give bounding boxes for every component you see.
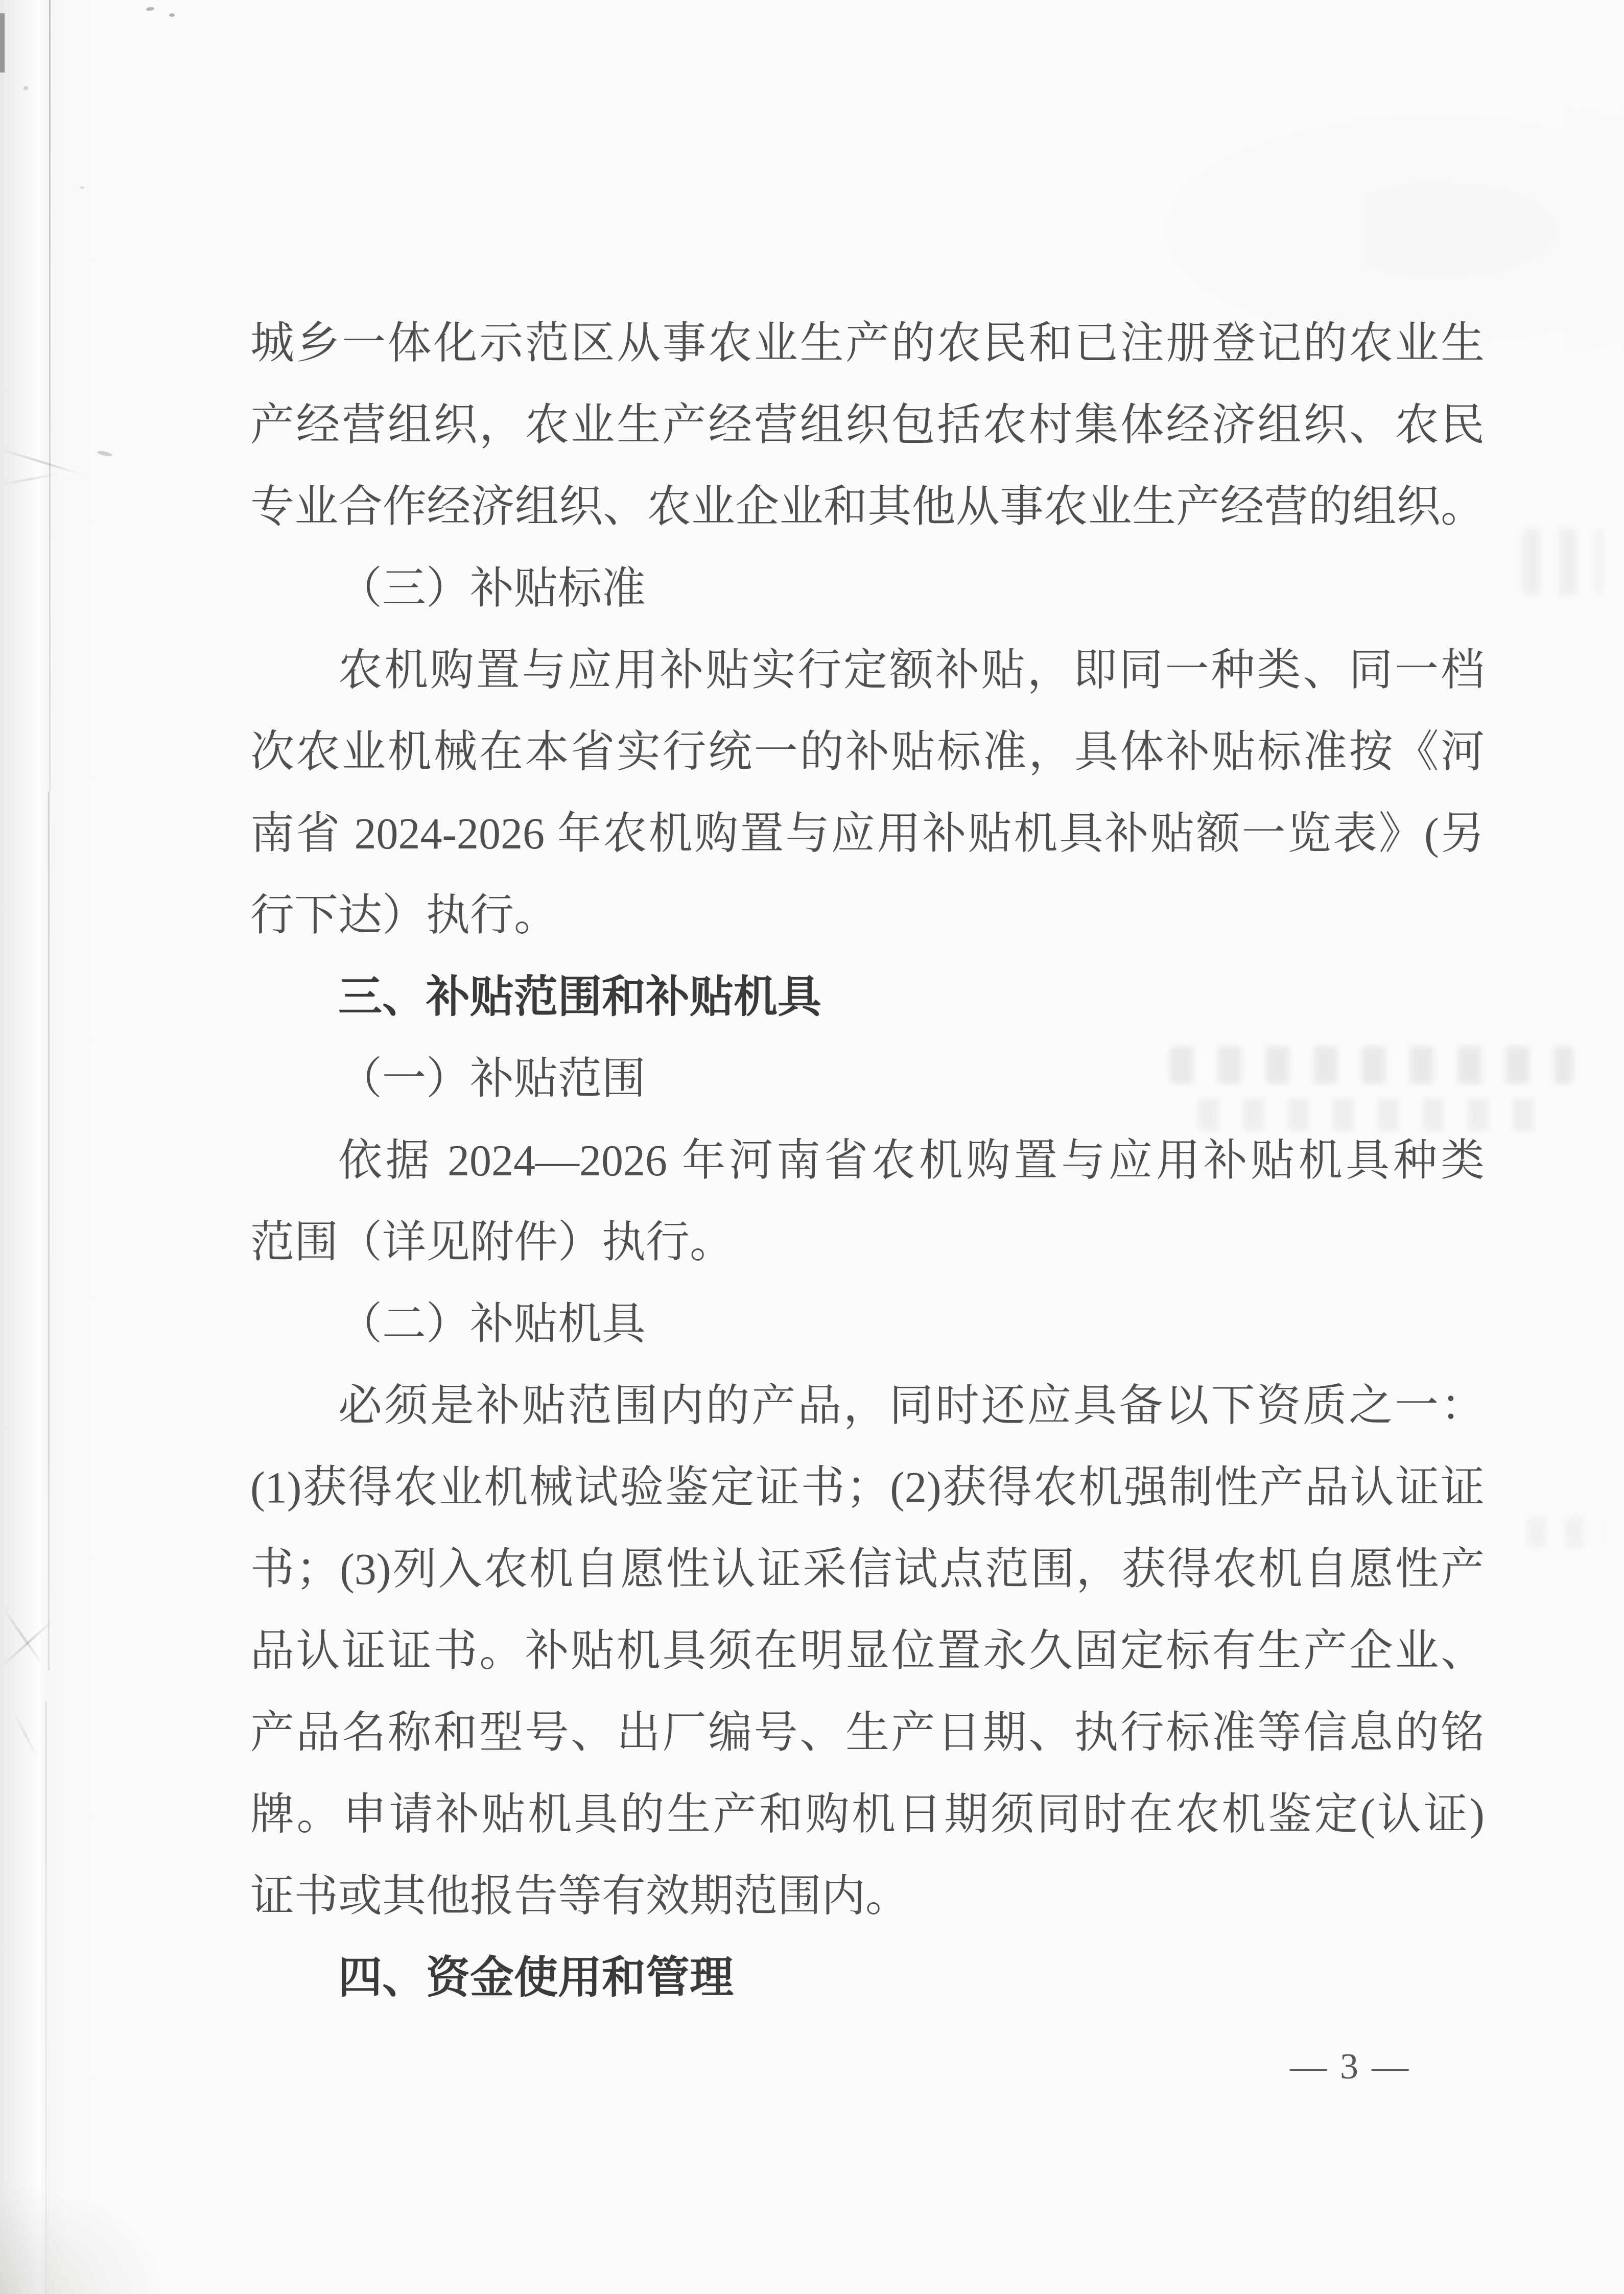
text-line: （二）补贴机具 — [250, 1283, 1485, 1365]
text-line: 范围（详见附件）执行。 — [250, 1201, 1485, 1283]
scan-corner-mark — [0, 13, 5, 73]
text-line: 必须是补贴范围内的产品，同时还应具备以下资质之一： — [250, 1365, 1485, 1447]
text-line: 行下达）执行。 — [250, 874, 1485, 956]
text-line: 城乡一体化示范区从事农业生产的农民和已注册登记的农业生 — [250, 302, 1485, 384]
section-heading-line: 三、补贴范围和补贴机具 — [250, 956, 1485, 1038]
section-heading-line: 四、资金使用和管理 — [250, 1937, 1485, 2019]
scan-speck — [146, 7, 155, 11]
page-number: — 3 — — [1290, 2045, 1410, 2088]
text-line: 产品名称和型号、出厂编号、生产日期、执行标准等信息的铭 — [250, 1692, 1485, 1773]
text-line: 农机购置与应用补贴实行定额补贴，即同一种类、同一档 — [250, 629, 1485, 711]
scan-speck — [169, 13, 175, 17]
ink-bleedthrough-smudge — [1527, 1516, 1604, 1548]
text-line: （一）补贴范围 — [250, 1038, 1485, 1120]
scan-left-edge-shading — [0, 0, 49, 2294]
paper-fold-line — [48, 792, 50, 1670]
text-line: 南省 2024-2026 年农机购置与应用补贴机具补贴额一览表》(另 — [250, 793, 1485, 874]
paper-fold-line — [49, 0, 51, 792]
ink-bleedthrough-smudge — [1522, 529, 1602, 595]
text-line: 书；(3)列入农机自愿性认证采信试点范围，获得农机自愿性产 — [250, 1528, 1485, 1610]
text-line: 产经营组织，农业生产经营组织包括农村集体经济组织、农民 — [250, 384, 1485, 466]
text-line: 证书或其他报告等有效期范围内。 — [250, 1855, 1485, 1937]
text-line: 专业合作经济组织、农业企业和其他从事农业生产经营的组织。 — [250, 466, 1485, 548]
document-body-text: 城乡一体化示范区从事农业生产的农民和已注册登记的农业生产经营组织，农业生产经营组… — [250, 302, 1485, 2019]
scan-speck — [80, 186, 85, 189]
text-line: 依据 2024—2026 年河南省农机购置与应用补贴机具种类 — [250, 1120, 1485, 1201]
scan-speck — [97, 450, 112, 457]
scanned-document-page: 城乡一体化示范区从事农业生产的农民和已注册登记的农业生产经营组织，农业生产经营组… — [0, 0, 1624, 2294]
text-line: （三）补贴标准 — [250, 548, 1485, 629]
text-line: 品认证证书。补贴机具须在明显位置永久固定标有生产企业、 — [250, 1610, 1485, 1692]
text-line: (1)获得农业机械试验鉴定证书；(2)获得农机强制性产品认证证 — [250, 1447, 1485, 1528]
text-line: 牌。申请补贴机具的生产和购机日期须同时在农机鉴定(认证) — [250, 1773, 1485, 1855]
scan-bottom-left-shadow — [0, 2182, 163, 2294]
scan-speck — [23, 86, 28, 90]
text-line: 次农业机械在本省实行统一的补贴标准，具体补贴标准按《河 — [250, 711, 1485, 793]
